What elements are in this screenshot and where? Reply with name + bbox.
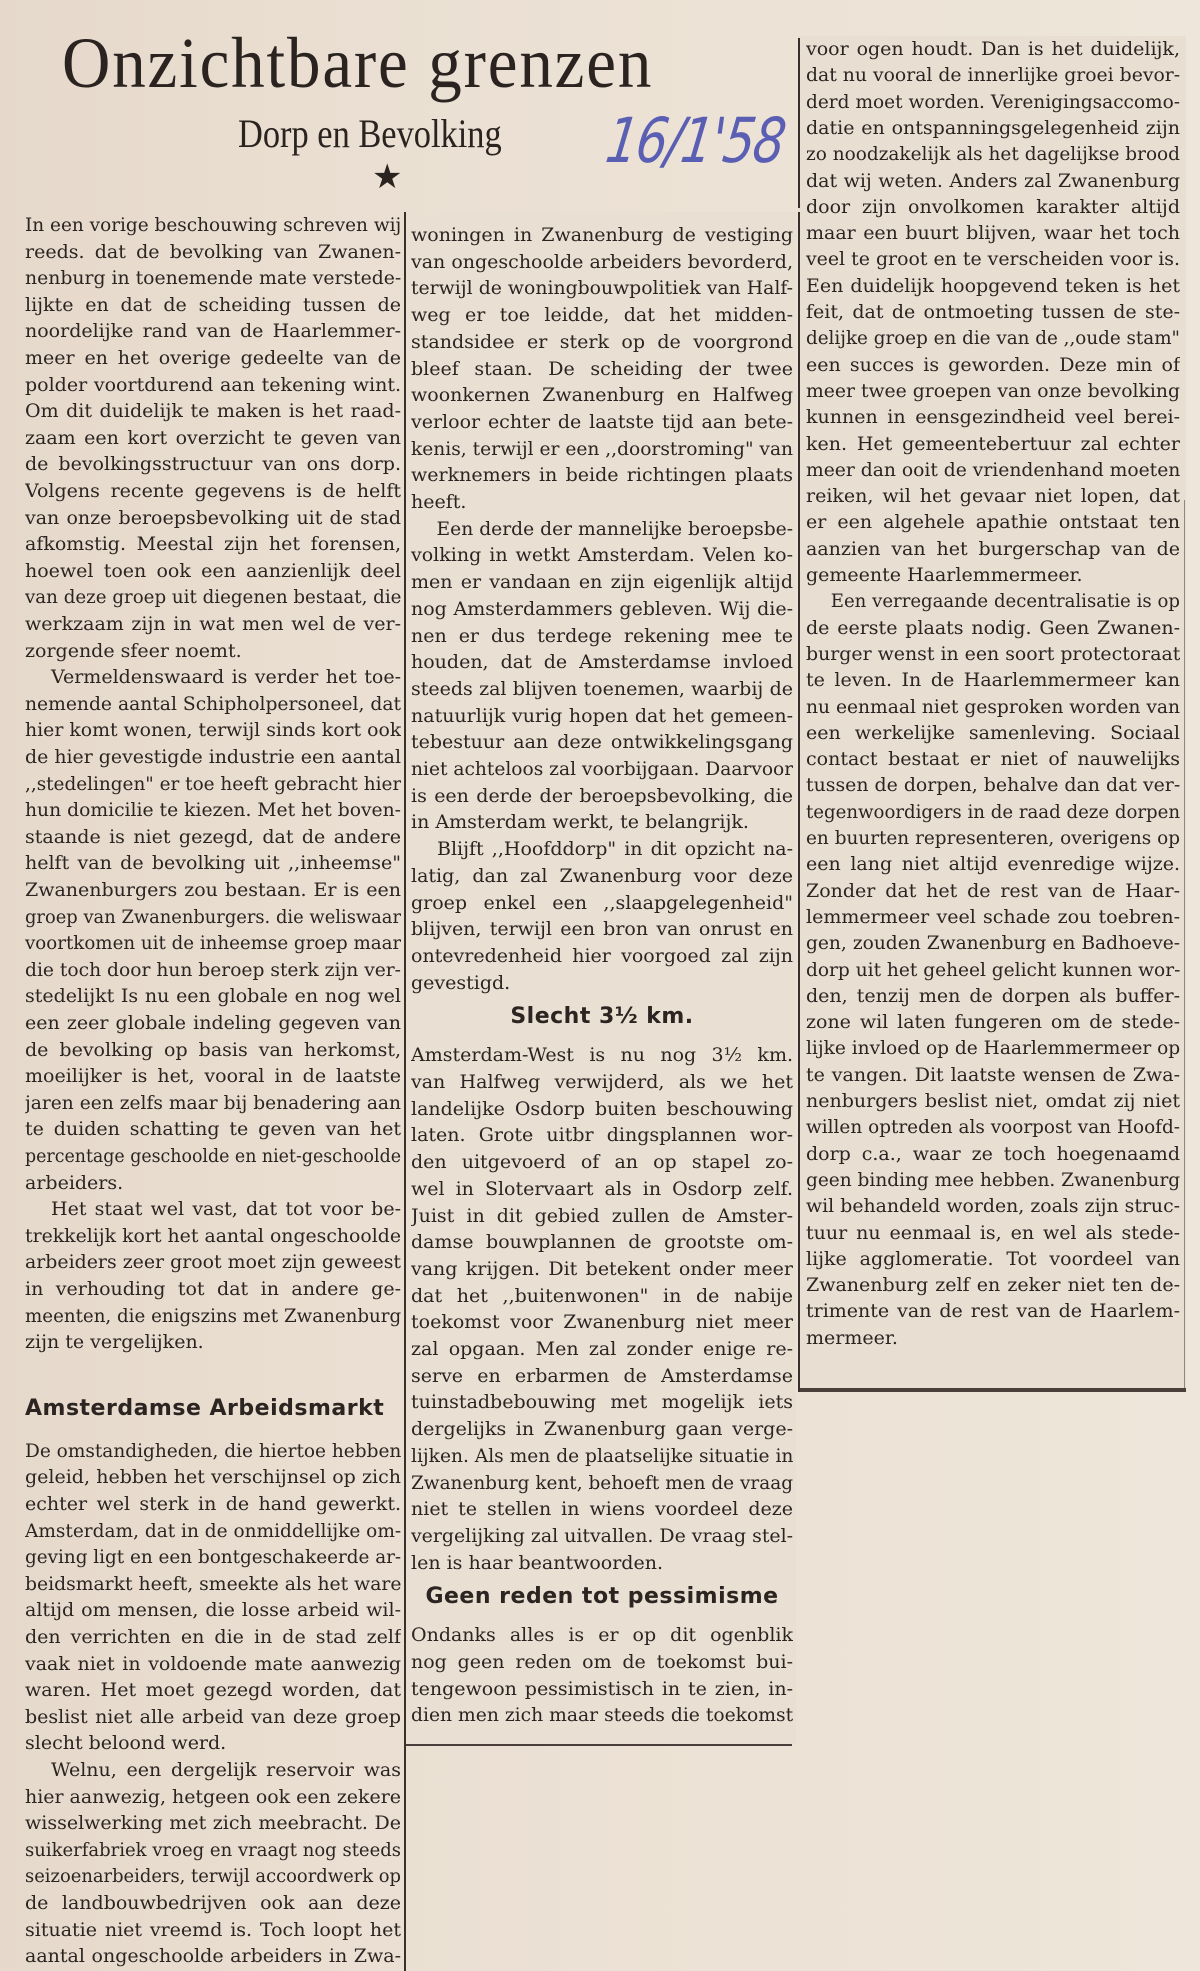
text-line: Vermeldenswaard is verder het toe- (25, 664, 401, 690)
text-line: vergelijking zal uitvallen. De vraag ste… (411, 1523, 793, 1549)
text-line: niet achteloos zal voorbijgaan. Daarvoor (411, 756, 793, 782)
text-line: maar een buurt blijven, waar het toch (806, 220, 1180, 246)
text-line: Ondanks alles is er op dit ogenblik (411, 1622, 793, 1648)
text-line: groep enkel een ,,slaapgelegenheid" (411, 890, 793, 916)
text-line: wisselwerking met zich meebracht. De (25, 1810, 401, 1836)
text-line: Juist in dit gebied zullen de Amster- (411, 1203, 793, 1229)
text-line: beslist niet alle arbeid van deze groep (25, 1704, 401, 1730)
text-line: de landbouwbedrijven ook aan deze (25, 1890, 401, 1916)
text-line: tussen de dorpen, behalve dan dat ver- (806, 772, 1180, 798)
column-rule-2b (798, 212, 800, 1392)
text-line: lijke agglomeratie. Tot voordeel van (806, 1246, 1180, 1272)
text-line: trimente van de rest van de Haarlem- (806, 1298, 1180, 1324)
text-line: Volgens recente gegevens is de helft (25, 478, 401, 504)
text-line: Een duidelijk hoopgevend teken is het (806, 273, 1180, 299)
text-line: Zwanenburgers zou bestaan. Er is een (25, 877, 401, 903)
text-line: stedelijkt Is nu een globale en nog wel (25, 983, 401, 1009)
text-line: blijven, terwijl een bron van onrust en (411, 916, 793, 942)
column-3-right-edge (1184, 500, 1185, 1390)
text-line: mermeer. (806, 1325, 1180, 1351)
text-line: reiken, wil het gevaar niet lopen, dat (806, 483, 1180, 509)
text-line: vang krijgen. Dit betekent onder meer (411, 1256, 793, 1282)
text-line: dorp uit het geheel gelicht kunnen wor- (806, 957, 1180, 983)
star-icon: ★ (372, 160, 402, 194)
text-line: Een verregaande decentralisatie is op (806, 588, 1180, 614)
text-line: altijd om mensen, die losse arbeid wil- (25, 1597, 401, 1623)
text-line: dorp c.a., waar ze toch hoegenaamd (806, 1141, 1180, 1167)
text-line: niet te stellen in wiens voordeel deze (411, 1496, 793, 1522)
text-line: de eerste plaats nodig. Geen Zwanen- (806, 615, 1180, 641)
text-line: Zonder dat het de rest van de Haar- (806, 878, 1180, 904)
text-line: seizoenarbeiders, terwijl accoordwerk op (25, 1863, 401, 1889)
text-line: dat het ,,buitenwonen" in de nabije (411, 1283, 793, 1309)
text-line: men er vandaan en zijn eigenlijk altijd (411, 569, 793, 595)
text-line: van ongeschoolde arbeiders bevorderd, (411, 249, 793, 275)
text-line: steeds zal blijven toenemen, waarbij de (411, 676, 793, 702)
text-line: laten. Grote uitbr dingsplannen wor- (411, 1122, 793, 1148)
text-line: len is haar beantwoorden. (411, 1550, 793, 1576)
text-line: De omstandigheden, die hiertoe hebben (25, 1438, 401, 1464)
text-line: meenten, die enigszins met Zwanenburg (25, 1303, 401, 1329)
text-line: Amsterdam, dat in de onmiddellijke om- (25, 1518, 401, 1544)
text-line: werknemers in beide richtingen plaats (411, 462, 793, 488)
text-line: er een algehele apathie ontstaat ten (806, 509, 1180, 535)
text-line: tuinstadbebouwing met mogelijk iets (411, 1389, 793, 1415)
text-line: geen binding mee hebben. Zwanenburg (806, 1167, 1180, 1193)
text-line: lemmermeer veel schade zou toebren- (806, 904, 1180, 930)
text-line: voortkomen uit de inheemse groep maar (25, 930, 401, 956)
text-line: den verrichten en die in de stad zelf (25, 1624, 401, 1650)
text-line: echter wel sterk in de hand gewerkt. (25, 1491, 401, 1517)
text-line: feit, dat de ontmoeting tussen de ste- (806, 299, 1180, 325)
text-line: van deze groep uit diegenen bestaat, die (25, 584, 401, 610)
text-line: noordelijke rand van de Haarlemmer- (25, 318, 401, 344)
column-2-end-rule (406, 1744, 792, 1746)
text-line: nog geen reden om de toekomst bui- (411, 1649, 793, 1675)
article-title: Onzichtbare grenzen (62, 22, 653, 105)
text-line: arbeiders zeer groot moet zijn geweest (25, 1249, 401, 1275)
text-line: nenburgers beslist niet, omdat zij niet (806, 1088, 1180, 1114)
text-line: voor ogen houdt. Dan is het duidelijk, (806, 36, 1180, 62)
section-heading: Geen reden tot pessimisme (411, 1584, 793, 1609)
text-line: arbeiders. (25, 1170, 401, 1196)
text-line: datie en ontspanningsgelegenheid zijn (806, 115, 1180, 141)
text-line: polder voortdurend aan tekening wint. (25, 372, 401, 398)
text-line: gen, zouden Zwanenburg en Badhoeve- (806, 930, 1180, 956)
text-line: meer en het overige gedeelte van de (25, 345, 401, 371)
text-line: werkzaam zijn in wat men wel de ver- (25, 611, 401, 637)
text-line: lijkte en dat de scheiding tussen de (25, 292, 401, 318)
text-line: slecht beloond werd. (25, 1730, 401, 1756)
text-line: nenburg in toenemende mate verstede- (25, 265, 401, 291)
text-line: lijken. Als men de plaatselijke situatie… (411, 1443, 793, 1469)
text-line: standsidee er sterk op de voorgrond (411, 329, 793, 355)
text-line: ,,stedelingen" er toe heeft gebracht hie… (25, 771, 401, 797)
text-line: heeft. (411, 489, 793, 515)
text-line: bleef staan. De scheiding der twee (411, 356, 793, 382)
text-line: tuur nu eenmaal is, en wel als stede- (806, 1220, 1180, 1246)
text-line: zal opgaan. Men zal zonder enige re- (411, 1336, 793, 1362)
text-line: dat nu vooral de innerlijke groei bevor- (806, 62, 1180, 88)
text-line: te vangen. Dit laatste wensen de Zwa- (806, 1062, 1180, 1088)
text-line: gevestigd. (411, 970, 793, 996)
text-line: woningen in Zwanenburg de vestiging (411, 222, 793, 248)
text-line: is een derde der beroepsbevolking, die (411, 783, 793, 809)
text-line: veel te groot en te verscheiden voor is. (806, 246, 1180, 272)
text-line: aantal ongeschoolde arbeiders in Zwa- (25, 1943, 401, 1969)
text-line: trekkelijk kort het aantal ongeschoolde (25, 1223, 401, 1249)
text-line: Zwanenburg zelf en zeker niet ten de- (806, 1272, 1180, 1298)
text-line: een lang niet altijd evenredige wijze. (806, 851, 1180, 877)
text-line: zo noodzakelijk als het dagelijkse brood (806, 141, 1180, 167)
text-line: dat wij weten. Anders zal Zwanenburg (806, 168, 1180, 194)
text-line: serve en erbarmen de Amsterdamse (411, 1363, 793, 1389)
text-line: ken. Het gemeentebertuur zal echter (806, 431, 1180, 457)
text-line: den, tenzij men de dorpen als buffer- (806, 983, 1180, 1009)
text-line: hun domicilie te kiezen. Met het boven- (25, 797, 401, 823)
text-line: houden, dat de Amsterdamse invloed (411, 649, 793, 675)
text-line: nen er dus terdege rekening mee te (411, 623, 793, 649)
text-line: geleid, hebben het verschijnsel op zich (25, 1464, 401, 1490)
text-line: nu eenmaal niet gesproken worden van (806, 694, 1180, 720)
text-line: verloor echter de laatste tijd aan bete- (411, 409, 793, 435)
text-line: latig, dan zal Zwanenburg voor deze (411, 863, 793, 889)
text-line: lijke invloed op de Haarlemmermeer op (806, 1035, 1180, 1061)
text-line: Amsterdam-West is nu nog 3½ km. (411, 1042, 793, 1068)
text-line: derd moet worden. Verenigingsaccomo- (806, 89, 1180, 115)
text-line: Welnu, een dergelijk reservoir was (25, 1757, 401, 1783)
text-line: groep van Zwanenburgers. die weliswaar (25, 904, 401, 930)
text-line: tebestuur aan deze ontwikkelingsgang (411, 729, 793, 755)
text-line: Om dit duidelijk te maken is het raad- (25, 398, 401, 424)
text-line: volking in wetkt Amsterdam. Velen ko- (411, 542, 793, 568)
text-line: In een vorige beschouwing schreven wij (25, 212, 401, 238)
text-line: toekomst voor Zwanenburg niet meer (411, 1309, 793, 1335)
text-line: nog Amsterdammers gebleven. Wij die- (411, 596, 793, 622)
text-line: weg er toe leidde, dat het midden- (411, 302, 793, 328)
handwritten-date: 16/1'58 (602, 104, 789, 177)
text-line: te leven. In de Haarlemmermeer kan (806, 667, 1180, 693)
text-line: Het staat wel vast, dat tot voor be- (25, 1196, 401, 1222)
text-line: jaren een zelfs maar bij benadering aan (25, 1090, 401, 1116)
text-line: kunnen in eensgezindheid veel berei- (806, 404, 1180, 430)
text-line: helft van de bevolking uit ,,inheemse" (25, 850, 401, 876)
text-line: tegenwoordigers in de raad deze dorpen (806, 799, 1180, 825)
column-rule-2 (798, 38, 800, 208)
text-line: hoewel toen ook een aanzienlijk deel (25, 558, 401, 584)
text-line: in Amsterdam werkt, te belangrijk. (411, 809, 793, 835)
text-line: van Halfweg verwijderd, als we het (411, 1069, 793, 1095)
text-line: gemeente Haarlemmermeer. (806, 562, 1180, 588)
text-line: natuurlijk vurig hopen dat het gemeen- (411, 703, 793, 729)
text-line: geving ligt en een bontgeschakeerde ar- (25, 1544, 401, 1570)
text-line: kenis, terwijl er een ,,doorstroming" va… (411, 436, 793, 462)
text-line: aanzien van het burgerschap van de (806, 536, 1180, 562)
text-line: zaam een kort overzicht te geven van (25, 425, 401, 451)
text-line: damse bouwplannen de grootste om- (411, 1229, 793, 1255)
text-line: wil behandeld worden, zoals zijn struc- (806, 1193, 1180, 1219)
text-line: delijke groep en die van de ,,oude stam" (806, 325, 1180, 351)
text-line: waren. Het moet gezegd worden, dat (25, 1677, 401, 1703)
text-line: door zijn onvolkomen karakter altijd (806, 194, 1180, 220)
text-line: in verhouding tot dat in andere ge- (25, 1276, 401, 1302)
text-line: terwijl de woningbouwpolitiek van Half- (411, 275, 793, 301)
section-heading: Amsterdamse Arbeidsmarkt (25, 1396, 384, 1421)
section-heading: Slecht 3½ km. (411, 1004, 793, 1029)
text-line: Zwanenburg kent, behoeft men de vraag (411, 1470, 793, 1496)
text-line: vaak niet in voldoende mate aanwezig (25, 1651, 401, 1677)
text-line: burger wenst in een soort protectoraat (806, 641, 1180, 667)
text-line: dien men zich maar steeds die toekomst (411, 1702, 793, 1728)
text-line: ontevredenheid hier voorgoed zal zijn (411, 943, 793, 969)
text-line: den uitgevoerd of an op stapel zo- (411, 1149, 793, 1175)
column-3-end-rule (800, 1388, 1186, 1392)
text-line: suikerfabriek vroeg en vraagt nog steeds (25, 1837, 401, 1863)
text-line: wel in Slotervaart als in Osdorp zelf. (411, 1176, 793, 1202)
text-line: zorgende sfeer noemt. (25, 638, 401, 664)
text-line: situatie niet vreemd is. Toch loopt het (25, 1917, 401, 1943)
text-line: de bevolkingsstructuur van ons dorp. (25, 451, 401, 477)
text-line: de hier gevestigde industrie een aantal (25, 744, 401, 770)
text-line: nemende aantal Schipholpersoneel, dat (25, 691, 401, 717)
article-subtitle: Dorp en Bevolking (238, 110, 502, 157)
text-line: staande is niet gezegd, dat de andere (25, 824, 401, 850)
text-line: Blijft ,,Hoofddorp" in dit opzicht na- (411, 836, 793, 862)
text-line: meer dan ooit de vriendenhand moeten (806, 457, 1180, 483)
text-line: zone wil laten fungeren om de stede- (806, 1009, 1180, 1035)
text-line: Een derde der mannelijke beroepsbe- (411, 516, 793, 542)
text-line: een zeer globale indeling gegeven van (25, 1010, 401, 1036)
text-line: reeds. dat de bevolking van Zwanen- (25, 239, 401, 265)
text-line: woonkernen Zwanenburg en Halfweg (411, 382, 793, 408)
text-line: zijn te vergelijken. (25, 1329, 401, 1355)
text-line: willen optreden als voorpost van Hoofd- (806, 1114, 1180, 1140)
text-line: contact bestaat er niet of nauwelijks (806, 746, 1180, 772)
text-line: dergelijks in Zwanenburg gaan verge- (411, 1416, 793, 1442)
text-line: afkomstig. Meestal zijn het forensen, (25, 531, 401, 557)
text-line: de bevolking op basis van herkomst, (25, 1037, 401, 1063)
text-line: meer twee groepen van onze bevolking (806, 378, 1180, 404)
text-line: beidsmarkt heeft, smeekte als het ware (25, 1571, 401, 1597)
text-line: en buurten representeren, overigens op (806, 825, 1180, 851)
text-line: hier komt wonen, terwijl sinds kort ook (25, 717, 401, 743)
text-line: een werkelijke samenleving. Sociaal (806, 720, 1180, 746)
text-line: die toch door hun beroep sterk zijn ver- (25, 957, 401, 983)
text-line: te duiden schatting te geven van het (25, 1116, 401, 1142)
text-line: moeilijker is het, vooral in de laatste (25, 1063, 401, 1089)
text-line: percentage geschoolde en niet-geschoolde (25, 1143, 401, 1169)
text-line: hier aanwezig, hetgeen ook een zekere (25, 1784, 401, 1810)
text-line: tengewoon pessimistisch in te zien, in- (411, 1676, 793, 1702)
text-line: landelijke Osdorp buiten beschouwing (411, 1096, 793, 1122)
text-line: een succes is geworden. Deze min of (806, 352, 1180, 378)
column-rule-1 (404, 212, 406, 1971)
text-line: van onze beroepsbevolking uit de stad (25, 505, 401, 531)
